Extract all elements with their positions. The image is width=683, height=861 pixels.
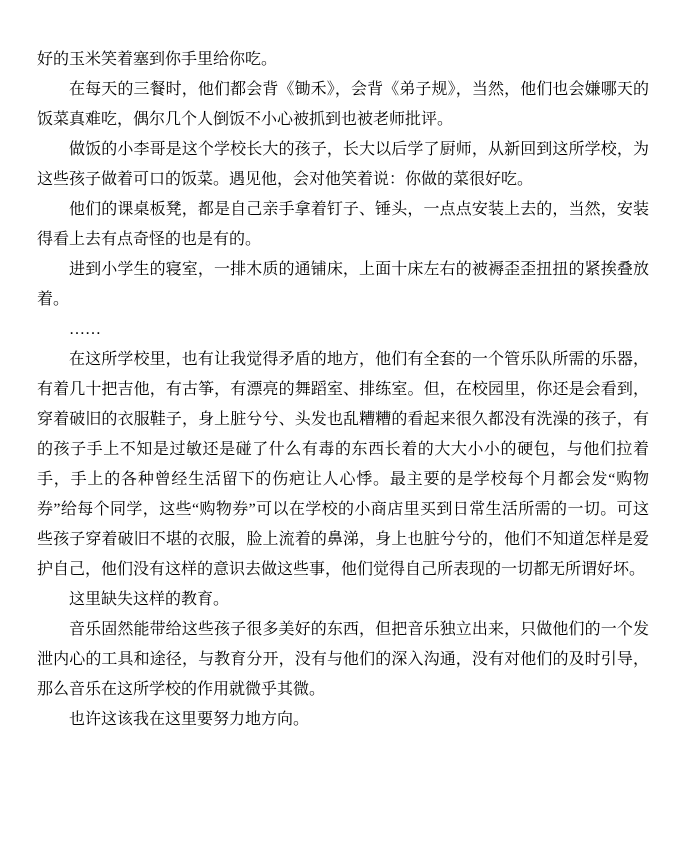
document-page: 好的玉米笑着塞到你手里给你吃。 在每天的三餐时，他们都会背《锄禾》，会背《弟子规… [0,0,683,861]
paragraph: 在每天的三餐时，他们都会背《锄禾》，会背《弟子规》，当然，他们也会嫌哪天的饭菜真… [37,75,649,135]
paragraph: 这里缺失这样的教育。 [37,585,649,615]
paragraph: 他们的课桌板凳，都是自己亲手拿着钉子、锤头，一点点安装上去的，当然，安装得看上去… [37,195,649,255]
document-text-body: 好的玉米笑着塞到你手里给你吃。 在每天的三餐时，他们都会背《锄禾》，会背《弟子规… [37,45,649,735]
paragraph: 也许这该我在这里要努力地方向。 [37,705,649,735]
paragraph-ellipsis: …… [37,315,649,345]
paragraph: 好的玉米笑着塞到你手里给你吃。 [37,45,649,75]
paragraph: 音乐固然能带给这些孩子很多美好的东西，但把音乐独立出来，只做他们的一个发泄内心的… [37,615,649,705]
paragraph: 进到小学生的寝室，一排木质的通铺床，上面十床左右的被褥歪歪扭扭的紧挨叠放着。 [37,255,649,315]
paragraph: 在这所学校里，也有让我觉得矛盾的地方，他们有全套的一个管乐队所需的乐器，有着几十… [37,345,649,585]
paragraph: 做饭的小李哥是这个学校长大的孩子，长大以后学了厨师，从新回到这所学校，为这些孩子… [37,135,649,195]
